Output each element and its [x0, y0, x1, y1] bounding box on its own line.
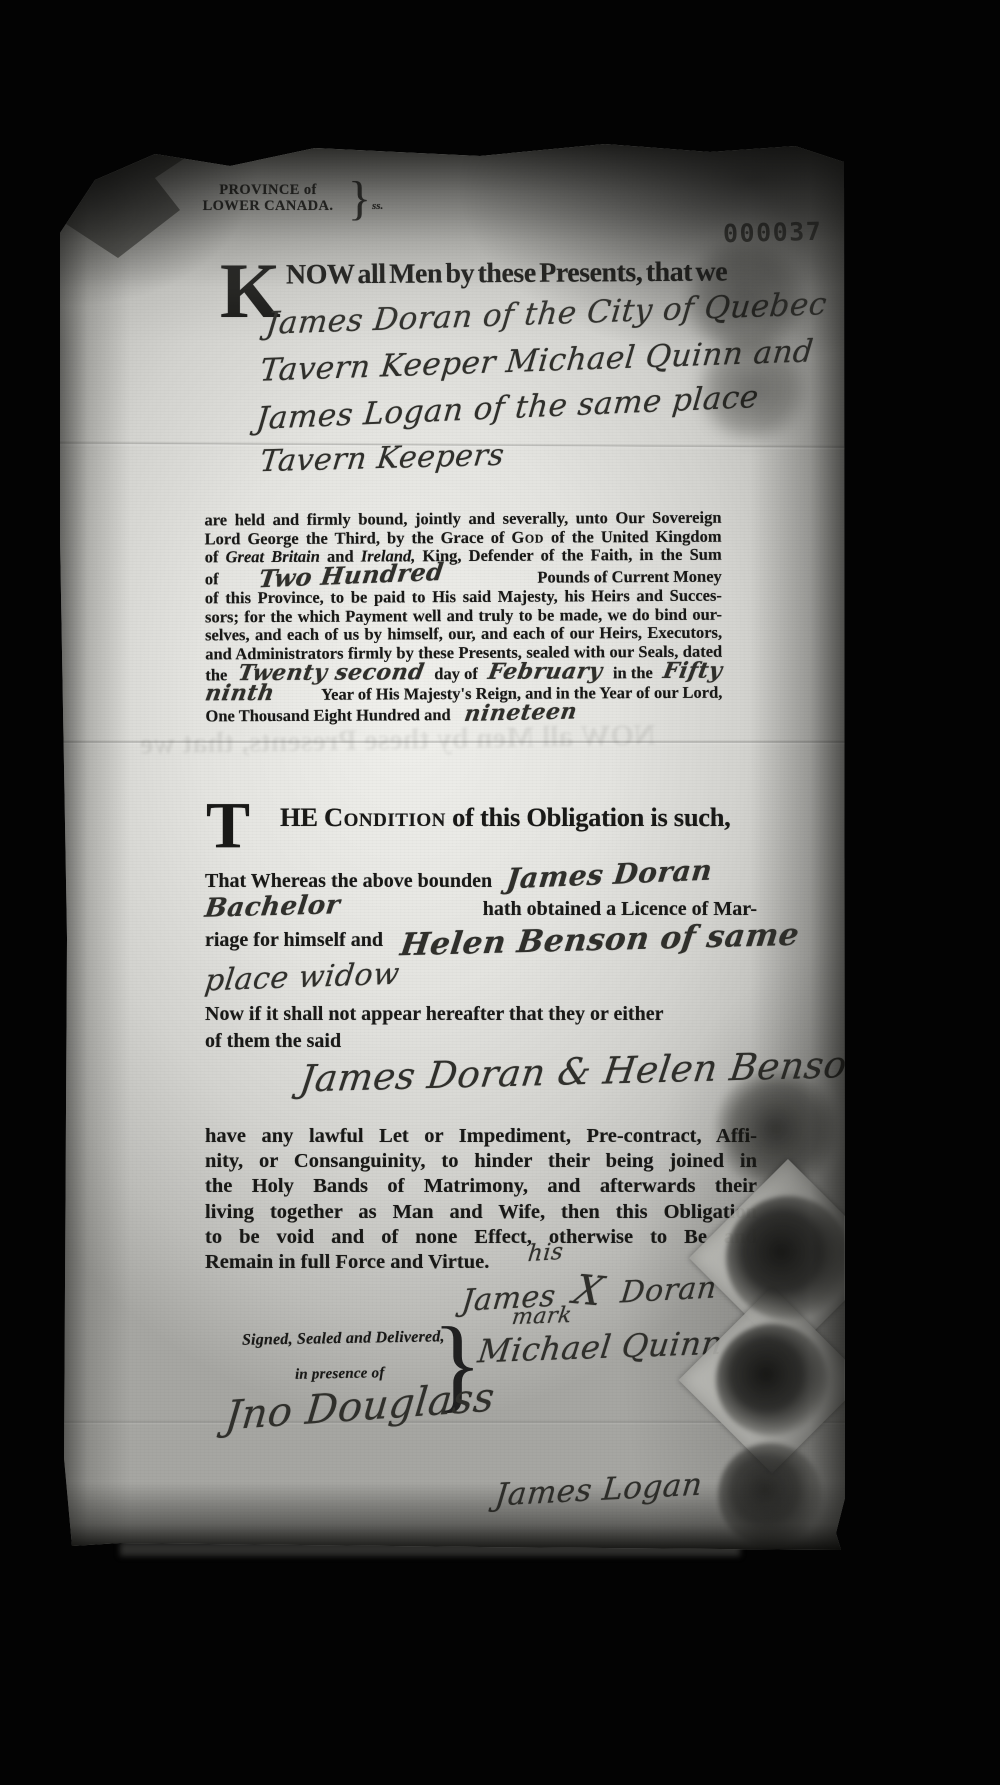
bond-line-11-text: One Thousand Eight Hundred and — [205, 706, 450, 726]
surety2-signature: James Logan — [493, 1466, 704, 1513]
condition-line-3-text: riage for himself and — [205, 928, 383, 952]
penalty-line-3: the Holy Bands of Matrimony, and afterwa… — [205, 1174, 757, 1199]
penalty-line-1: have any lawful Let or Impediment, Pre-c… — [205, 1124, 757, 1149]
seal-smudge-top-2 — [697, 333, 807, 443]
condition-headline-he: HE — [280, 802, 324, 832]
handwritten-regnal-year-1: Fifty — [662, 661, 724, 680]
province-line-1: PROVINCE of — [219, 182, 316, 198]
condition-line-2-text: hath obtained a Licence of Mar- — [483, 897, 757, 921]
wax-seal-2 — [726, 1196, 845, 1320]
province-brace: } — [348, 176, 371, 222]
handwritten-bride-status: place widow — [203, 957, 402, 999]
penalty-line-5: to be void and of none Effect, otherwise… — [205, 1225, 757, 1250]
opening-headline: NOW all Men by these Presents, that we — [286, 256, 727, 291]
principal-last-name: Doran — [619, 1270, 719, 1310]
signature-x-mark: X — [569, 1267, 608, 1316]
bond-line-4-of: of — [205, 570, 219, 589]
condition-line-6: of them the said — [205, 1029, 341, 1053]
handwritten-party-line-4: Tavern Keepers — [258, 438, 506, 480]
bond-line-9-dayof: day of — [434, 665, 478, 684]
bond-line-9: the Twenty second day of February in the… — [205, 661, 722, 684]
ss-abbreviation: ss. — [372, 200, 383, 212]
scanned-document-background: NOW all Men by these Presents, that we P… — [0, 0, 1000, 1785]
bond-line-2-god: God — [511, 527, 543, 546]
dropcap-T: T — [206, 798, 250, 854]
bond-clause-paragraph: are held and firmly bound, jointly and s… — [204, 509, 722, 726]
province-caption: PROVINCE of LOWER CANADA. — [188, 182, 348, 214]
condition-line-3: riage for himself and Helen Benson of sa… — [205, 924, 800, 952]
wax-seal-3 — [716, 1324, 828, 1436]
condition-line-5: Now if it shall not appear hereafter tha… — [205, 1002, 663, 1026]
bond-line-4-pounds: Pounds of Current Money — [537, 568, 722, 588]
attestation-line-1: Signed, Sealed and Delivered, — [242, 1328, 445, 1350]
province-line-2: LOWER CANADA. — [203, 198, 334, 214]
handwritten-his-annotation: his — [527, 1239, 565, 1268]
handwritten-regnal-year-2: ninth — [204, 684, 276, 703]
bond-line-9-inthe: in the — [613, 664, 653, 683]
condition-line-2: Bachelor hath obtained a Licence of Mar- — [205, 895, 757, 921]
wax-seal-4 — [718, 1443, 822, 1547]
surety1-signature: Michael Quinn — [476, 1324, 725, 1371]
condition-headline-rest: of this Obligation is such, — [446, 802, 731, 832]
handwritten-groom-status: Bachelor — [203, 893, 341, 921]
penalty-line-2: nity, or Consanguinity, to hinder their … — [205, 1149, 757, 1174]
bond-line-2-pre: Lord George the Third, by the Grace of — [205, 527, 512, 548]
handwritten-year: nineteen — [463, 702, 578, 723]
condition-line-1: That Whereas the above bounden James Dor… — [205, 866, 765, 893]
penalty-paragraph: have any lawful Let or Impediment, Pre-c… — [205, 1124, 757, 1275]
penalty-line-4: living together as Man and Wife, then th… — [205, 1200, 757, 1225]
handwritten-sum: Two Hundred — [257, 563, 444, 589]
mark-word: mark — [510, 1303, 573, 1330]
bond-line-3-post: King, Defender of the Faith, in the Sum — [415, 545, 721, 566]
bond-line-2-post: of the United Kingdom — [544, 526, 722, 546]
condition-headline: HE Condition of this Obligation is such, — [280, 802, 730, 833]
handwritten-groom-name: James Doran — [505, 858, 714, 891]
condition-headline-condition: Condition — [324, 802, 446, 832]
bond-line-3-pre: of — [205, 548, 226, 567]
document-page: NOW all Men by these Presents, that we P… — [60, 138, 845, 1550]
condition-line-1-text: That Whereas the above bounden — [205, 869, 492, 893]
handwritten-month: February — [487, 662, 604, 681]
witness-signature: Jno Douglass — [223, 1374, 497, 1439]
handwritten-bride-name: Helen Benson of same — [399, 923, 801, 958]
handwritten-party-line-3: James Logan of the same place — [254, 379, 760, 437]
attestation-line-2: in presence of — [295, 1365, 385, 1384]
bond-line-11: One Thousand Eight Hundred and nineteen — [205, 703, 722, 726]
